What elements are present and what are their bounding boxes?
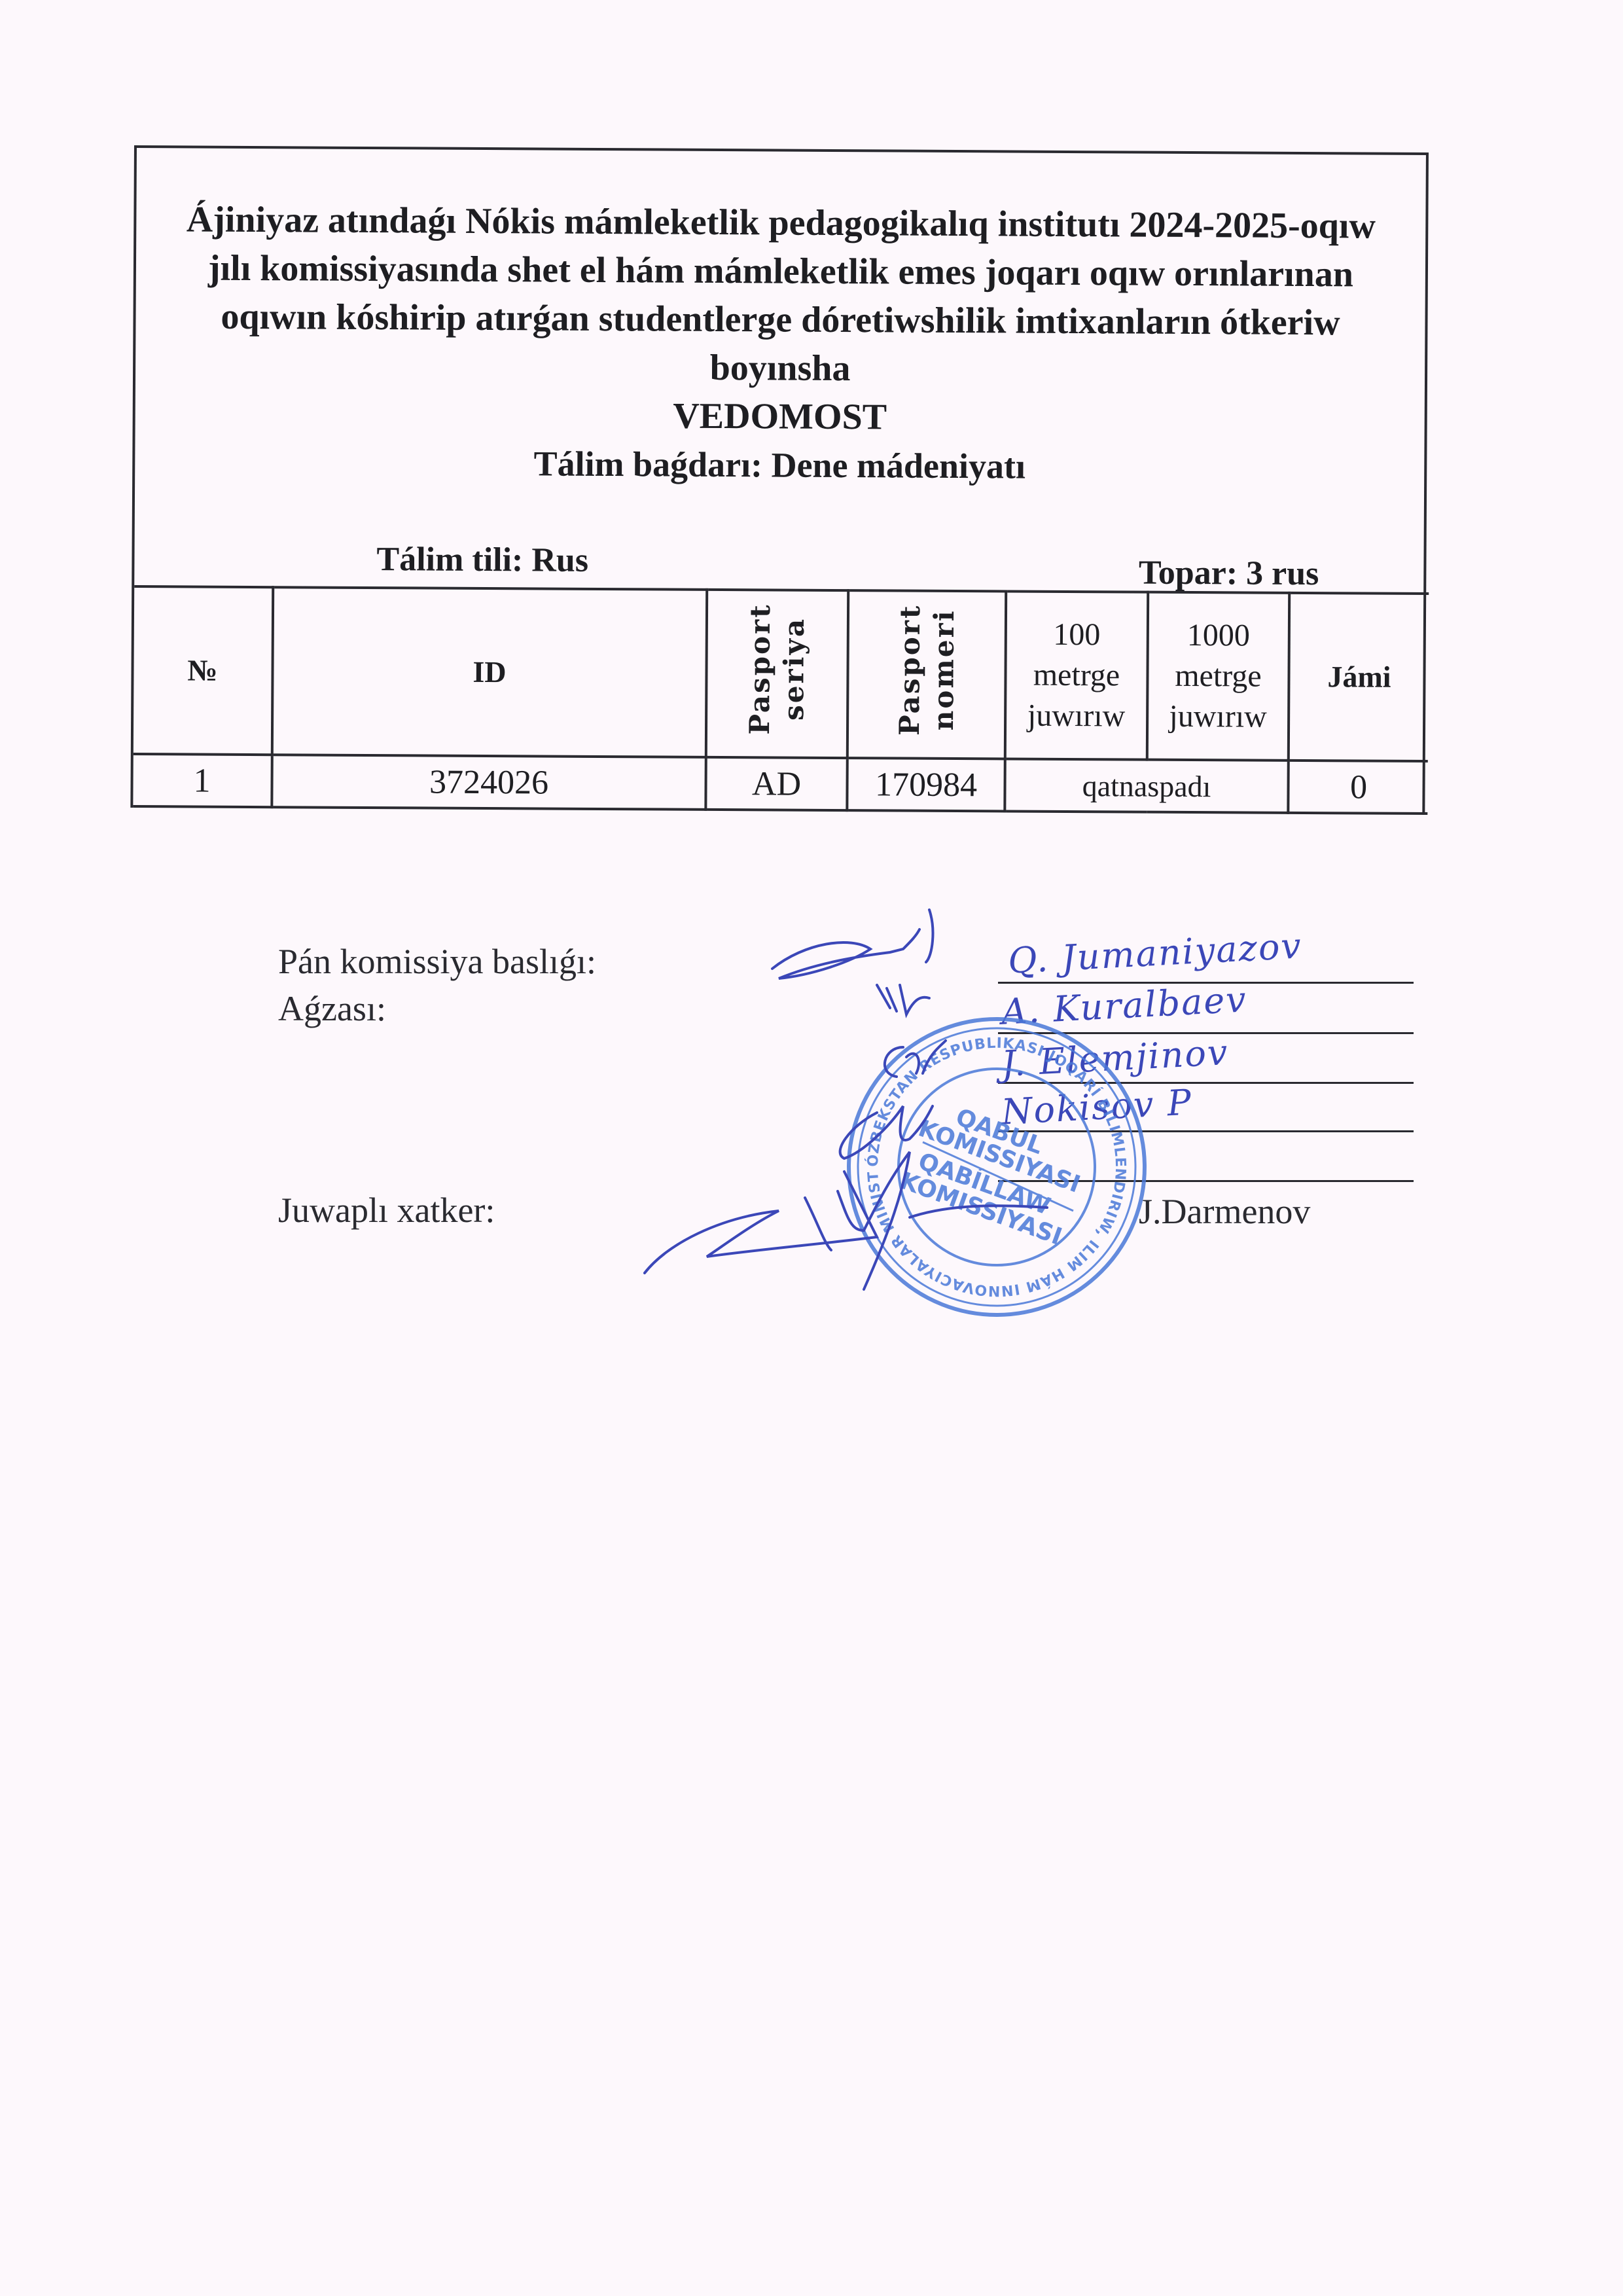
header-total: Jámi [1289,593,1429,761]
vedomost-table-frame: Ájiniyaz atındaǵı Nókis mámleketlik peda… [130,145,1429,815]
members-label: Aǵzası: [278,988,386,1029]
handwritten-name: Q. Jumaniyazov [1007,925,1304,981]
cell-result: qatnaspadı [1005,759,1288,812]
header-run-1000: 1000metrgejuwırıw [1147,592,1289,761]
education-direction: Tálim baǵdarı: Dene mádeniyatı [148,437,1411,493]
table-row: 1 3724026 AD 170984 qatnaspadı 0 [133,754,1427,814]
cell-passport-number: 170984 [847,758,1005,811]
document-title: Ájiniyaz atındaǵı Nókis mámleketlik peda… [135,195,1425,493]
cell-total: 0 [1288,761,1427,814]
signature-line [998,1082,1414,1084]
cell-passport-series: AD [705,757,847,810]
handwritten-name: Nokisov P [1001,1081,1194,1132]
handwritten-name: J. Elemjinov [1001,1031,1230,1085]
responsible-name: J.Darmenov [1139,1191,1310,1232]
header-passport-number-text: Pasportnomeri [892,603,961,736]
education-language: Tálim tili: Rus [376,540,588,580]
responsible-label: Juwaplı xatker: [278,1190,495,1230]
signature-line [998,1180,1414,1182]
signature-line [998,1130,1414,1132]
header-passport-series: Pasportseriya [706,590,848,758]
pen-signature-icon [645,910,1047,1289]
cell-number: 1 [133,754,272,807]
svg-text:KOMISSIYASI: KOMISSIYASI [897,1168,1065,1251]
title-line: boyınsha [149,340,1412,396]
header-run-100: 100metrgejuwırıw [1005,591,1148,759]
header-number: № [134,586,273,755]
title-line: oqıwın kóshirip atırǵan studentlerge dór… [149,292,1412,348]
handwritten-name: A. Kuralbaev [1001,978,1249,1033]
document-heading: VEDOMOST [149,389,1412,444]
meta-row: Tálim tili: Rus Topar: 3 rus [134,529,1423,588]
chair-label: Pán komissiya baslıǵı: [278,941,596,982]
cell-id: 3724026 [272,755,705,810]
header-id: ID [272,587,707,757]
title-line: Ájiniyaz atındaǵı Nókis mámleketlik peda… [149,195,1412,251]
table-header-row: № ID Pasportseriya Pasportnomeri 100metr… [134,586,1429,761]
header-passport-series-text: Pasportseriya [743,603,811,735]
header-passport-number: Pasportnomeri [847,590,1006,759]
results-table: № ID Pasportseriya Pasportnomeri 100metr… [133,585,1429,815]
title-line: jılı komissiyasında shet el hám mámleket… [149,243,1412,299]
group-label: Topar: 3 rus [1139,554,1319,594]
title-block: Ájiniyaz atındaǵı Nókis mámleketlik peda… [134,148,1426,592]
svg-text:QABÍLLAW: QABÍLLAW [915,1147,1054,1221]
